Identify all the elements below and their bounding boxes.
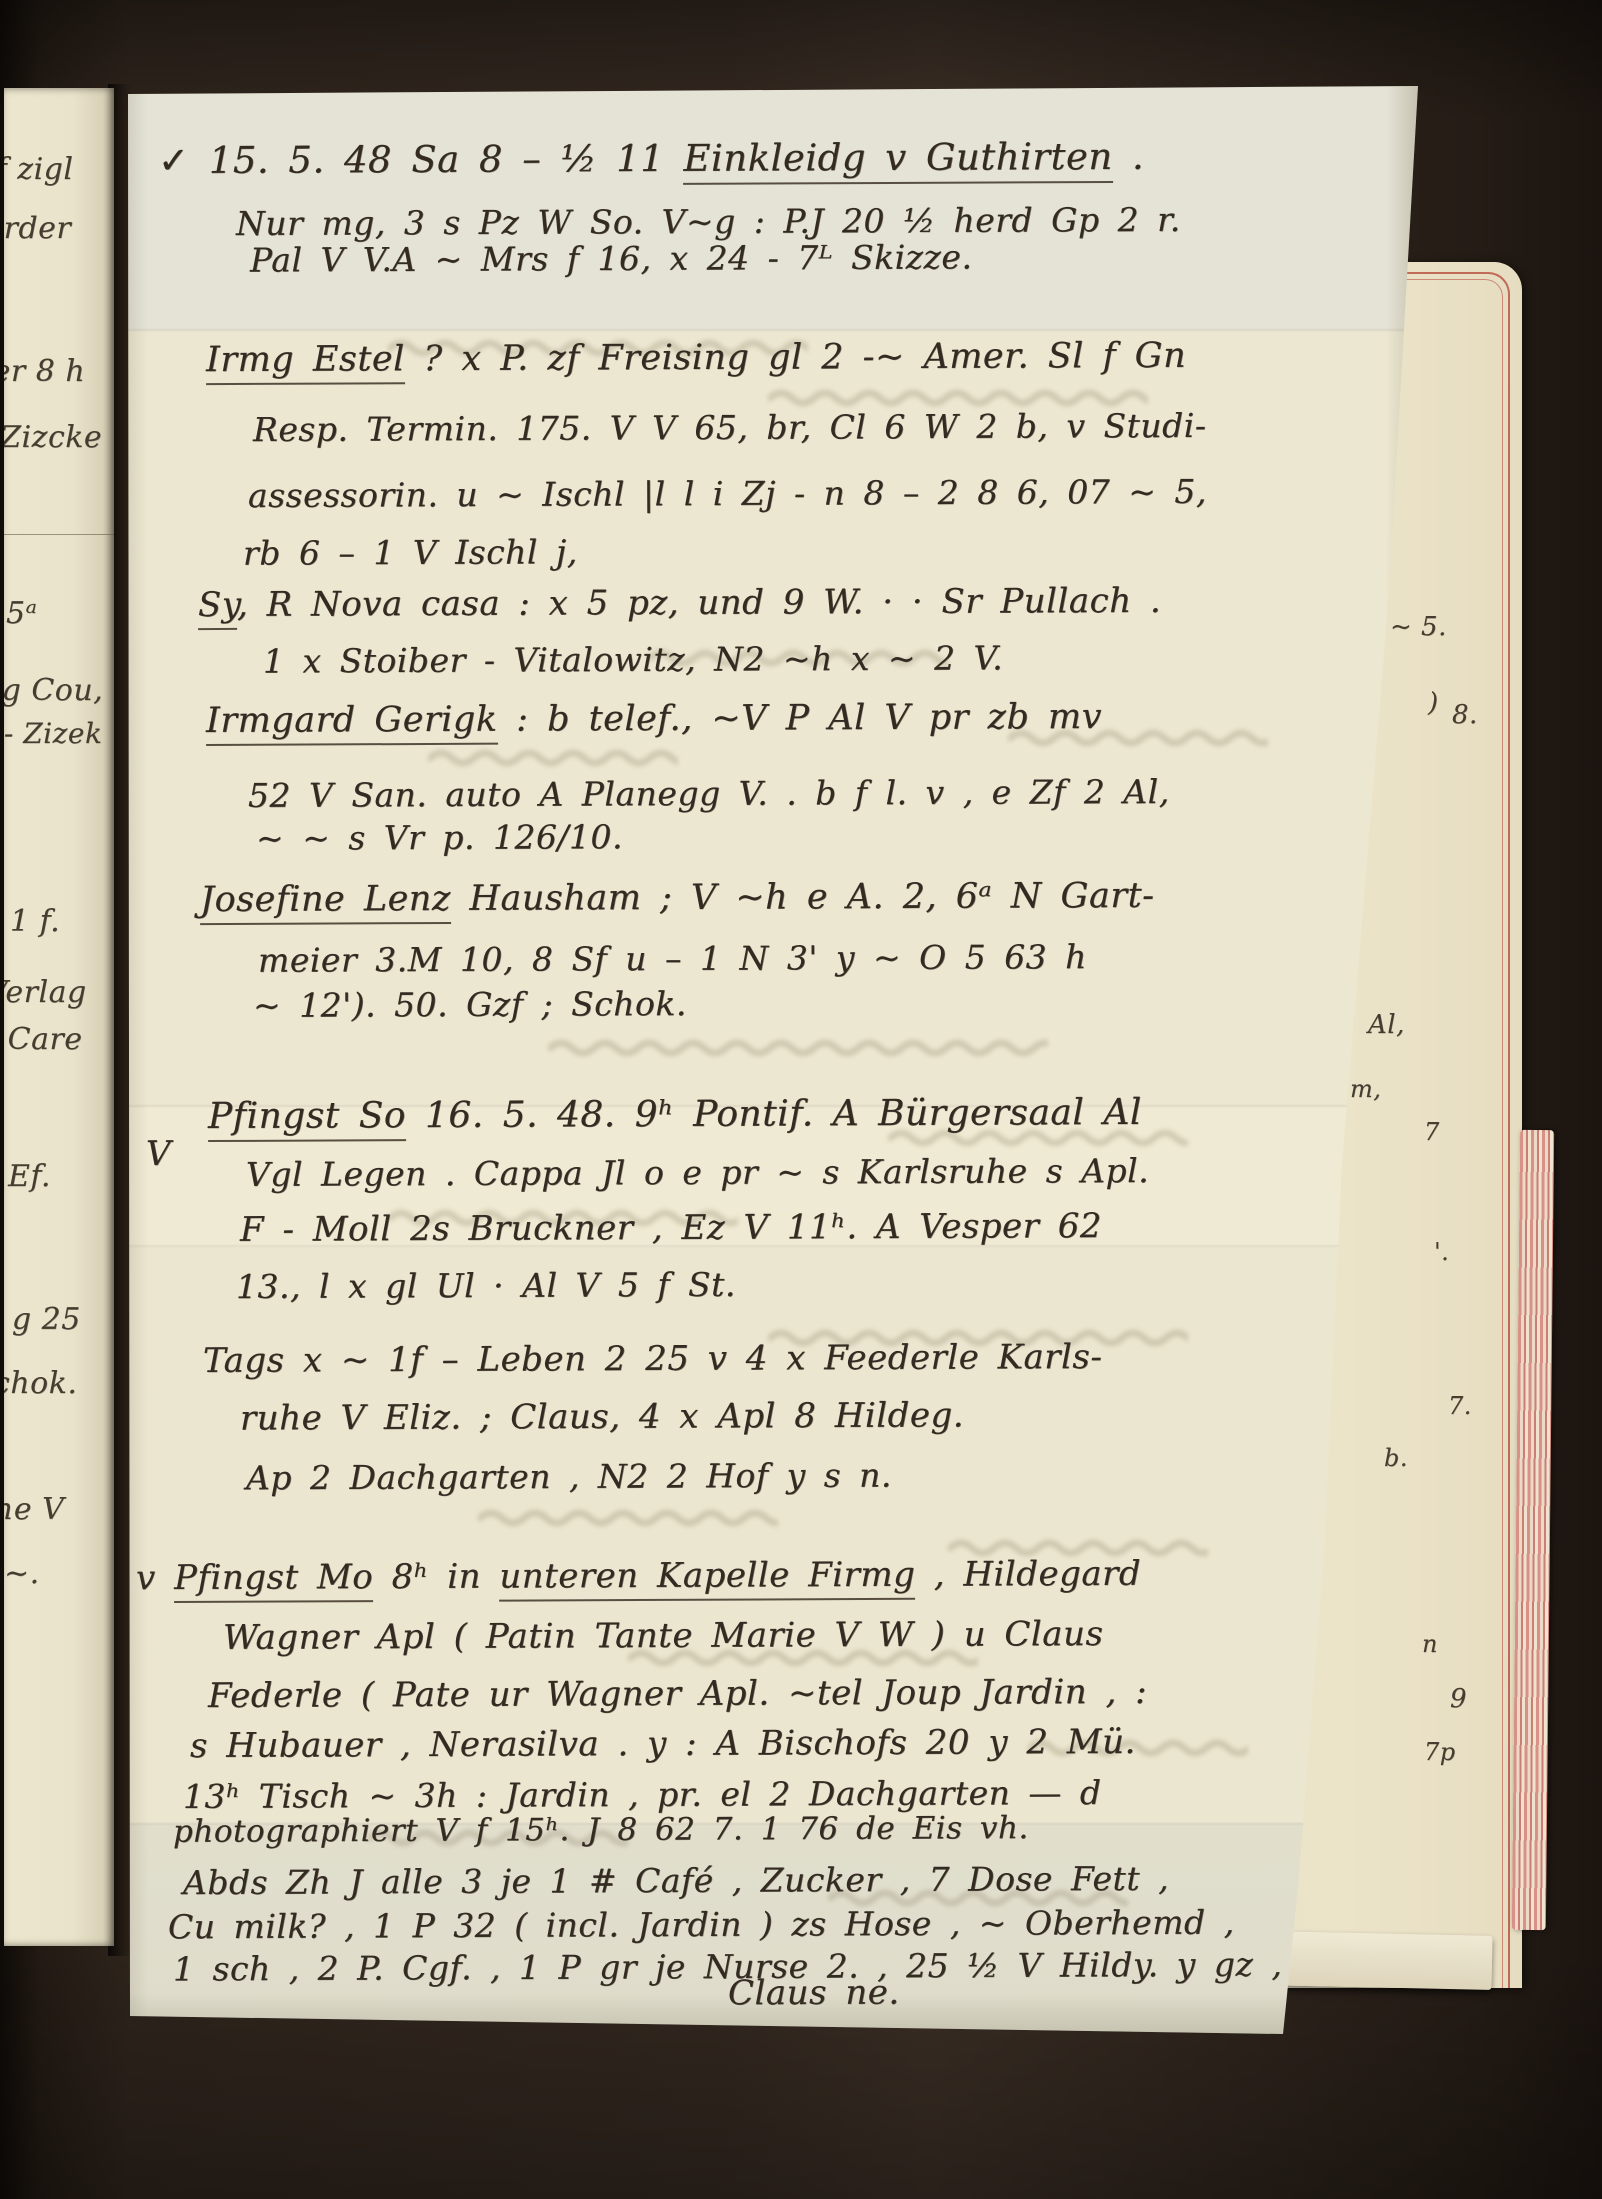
handwriting-segment: ? x P. zf Freising gl 2 -~ Amer. Sl f Gn — [405, 336, 1187, 379]
handwritten-line: assessorin. u ~ Ischl |l l i Zj - n 8 – … — [248, 473, 1207, 515]
under-page-fragment: 7. — [1448, 1392, 1472, 1420]
diary-sheet: ✓ 15. 5. 48 Sa 8 – ½ 11 Einkleidg v Guth… — [128, 86, 1420, 2038]
left-strip-fragment: 2 Care — [4, 1022, 83, 1057]
entry-1948-05-17-pfingstmontag: v Pfingst Mo 8ʰ in unteren Kapelle Firmg… — [136, 1555, 1141, 1598]
handwriting-segment: Claus ne. — [728, 1973, 900, 2014]
handwriting-segment: Abds Zh J alle 3 je 1 # Café , Zucker , … — [183, 1859, 1169, 1902]
underlined-handwriting-segment: Irmgard Gerigk — [206, 700, 498, 746]
handwriting-segment: Tags x ~ 1f – Leben 2 25 v 4 x Feederle … — [203, 1337, 1102, 1381]
handwritten-line: photographiert V f 15ʰ. J 8 62 7. 1 76 d… — [173, 1811, 1029, 1850]
under-page-fragment: 8. — [1452, 700, 1478, 730]
photograph-of-open-diary: 88~ 5.)8.Al,m,7'.7.b.n97p 2 f zigl~rderk… — [0, 0, 1602, 2199]
left-strip-fragment: s g 25 — [4, 1302, 81, 1337]
left-strip-fragment: A Zizcke — [4, 420, 102, 455]
handwritten-line: Claus ne. — [728, 1974, 900, 2014]
handwritten-line: 13., l x gl Ul · Al V 5 f St. — [236, 1266, 736, 1306]
handwriting-segment: : b telef., ~V P Al V pr zb mv — [497, 697, 1102, 740]
handwriting-segment: ruhe V Eliz. ; Claus, 4 x Apl 8 Hildeg. — [240, 1395, 964, 1438]
under-page-fragment: ~ 5. — [1390, 612, 1447, 642]
handwriting-segment: ~ 12'). 50. Gzf ; Schok. — [253, 984, 687, 1025]
handwriting-segment: Nur mg, 3 s Pz W So. V~g : P.J 20 ½ herd… — [236, 200, 1181, 243]
under-page-fragment: m, — [1350, 1075, 1381, 1103]
handwritten-line: rb 6 – 1 V Ischl j, — [243, 533, 578, 572]
handwritten-line: 52 V San. auto A Planegg V. . b f l. v ,… — [248, 773, 1170, 815]
handwriting-segment: Resp. Termin. 175. V V 65, br, Cl 6 W 2 … — [253, 406, 1207, 449]
bleed-through-ghost — [548, 1036, 1048, 1060]
handwriting-segment: Ap 2 Dachgarten , N2 2 Hof y s n. — [246, 1456, 892, 1498]
handwriting-segment: Cu milk? , 1 P 32 ( incl. Jardin ) zs Ho… — [168, 1903, 1235, 1947]
entry-irmg-estel: Irmg Estel ? x P. zf Freising gl 2 -~ Am… — [206, 336, 1186, 381]
handwriting-segment: Federle ( Pate ur Wagner Apl. ~tel Joup … — [208, 1672, 1147, 1716]
handwriting-segment: 13., l x gl Ul · Al V 5 f St. — [236, 1265, 736, 1306]
left-strip-fragment: 5ᵃ — [6, 596, 37, 631]
handwritten-line: Resp. Termin. 175. V V 65, br, Cl 6 W 2 … — [253, 407, 1207, 449]
handwriting-segment: Vgl Legen . Cappa Jl o e pr ~ s Karlsruh… — [246, 1151, 1149, 1194]
handwriting-segment: F - Moll 2s Bruckner , Ez V 11ʰ. A Vespe… — [240, 1206, 1102, 1250]
handwriting-segment: V — [146, 1134, 171, 1174]
under-page-fragment: b. — [1384, 1444, 1408, 1472]
left-strip-fragment: 2 f zigl — [4, 152, 73, 187]
handwriting-segment: ✓ 15. 5. 48 Sa 8 – ½ 11 — [158, 137, 684, 182]
handwriting-segment: ~ ~ s Vr p. 126/10. — [256, 817, 623, 858]
left-strip-fragment: he V — [4, 1492, 64, 1527]
under-page-fragment: '. — [1434, 1238, 1449, 1266]
underlined-handwriting-segment: Pfingst Mo — [174, 1557, 373, 1603]
underlined-handwriting-segment: Pfingst So — [208, 1095, 406, 1142]
handwriting-segment: 8ʰ in — [373, 1557, 499, 1598]
left-page-strip: 2 f zigl~rderker 8 hA Zizcke5ᵃ7g Cou,w -… — [4, 88, 114, 1946]
left-strip-fragment: Schok. — [4, 1366, 77, 1401]
handwritten-line: ~ ~ s Vr p. 126/10. — [256, 818, 623, 858]
stacked-page-edges — [1512, 1130, 1554, 1930]
margin-checkmark: V — [146, 1135, 171, 1174]
handwritten-line: Federle ( Pate ur Wagner Apl. ~tel Joup … — [208, 1673, 1147, 1716]
bleed-through-ghost — [478, 1506, 778, 1530]
handwriting-segment: , R Nova casa : x 5 pz, und 9 W. · · Sr … — [237, 581, 1161, 625]
left-strip-fragment: Verlag — [4, 975, 87, 1010]
handwritten-line: ~ 12'). 50. Gzf ; Schok. — [253, 985, 687, 1025]
handwriting-segment: Pal V V.A ~ Mrs f 16, x 24 - 7ᴸ Skizze. — [250, 237, 973, 279]
handwritten-line: Pal V V.A ~ Mrs f 16, x 24 - 7ᴸ Skizze. — [250, 238, 973, 279]
handwriting-segment: 16. 5. 48. 9ʰ Pontif. A Bürgersaal Al — [406, 1092, 1142, 1136]
under-page-fragment: 7p — [1424, 1738, 1456, 1766]
left-strip-fragment: 1 f. — [10, 904, 60, 939]
handwritten-line: F - Moll 2s Bruckner , Ez V 11ʰ. A Vespe… — [240, 1207, 1102, 1250]
under-page-fragment: 7 — [1424, 1118, 1440, 1146]
handwritten-line: Ap 2 Dachgarten , N2 2 Hof y s n. — [246, 1457, 892, 1498]
bleed-through-ghost — [428, 746, 678, 770]
handwritten-line: ruhe V Eliz. ; Claus, 4 x Apl 8 Hildeg. — [240, 1396, 964, 1438]
left-strip-fragment: ~. — [4, 1556, 40, 1591]
handwriting-segment: Hausham ; V ~h e A. 2, 6ᵃ N Gart- — [451, 876, 1155, 919]
left-strip-fragment: ~rder — [4, 211, 71, 246]
entry-josefine-lenz: Josefine Lenz Hausham ; V ~h e A. 2, 6ᵃ … — [200, 876, 1155, 920]
underlined-handwriting-segment: Sy — [198, 585, 237, 630]
left-strip-fragment: 7g Cou, — [4, 673, 103, 708]
entry-irmgard-gerigk: Irmgard Gerigk : b telef., ~V P Al V pr … — [206, 697, 1102, 741]
handwriting-segment: rb 6 – 1 V Ischl j, — [243, 532, 578, 572]
handwritten-line: Vgl Legen . Cappa Jl o e pr ~ s Karlsruh… — [246, 1152, 1149, 1194]
handwritten-line: meier 3.M 10, 8 Sf u – 1 N 3' y ~ O 5 63… — [258, 938, 1087, 980]
under-page-fragment: 9 — [1450, 1684, 1467, 1714]
handwritten-line: Cu milk? , 1 P 32 ( incl. Jardin ) zs Ho… — [168, 1904, 1235, 1947]
entry-divider-line — [4, 534, 114, 535]
entry-tags: Tags x ~ 1f – Leben 2 25 v 4 x Feederle … — [203, 1338, 1102, 1381]
left-strip-fragment: Ef. — [8, 1159, 51, 1194]
under-page-fragment: Al, — [1368, 1010, 1405, 1040]
under-page-fragment: ) — [1428, 688, 1439, 718]
handwritten-line: Wagner Apl ( Patin Tante Marie V W ) u C… — [223, 1615, 1104, 1658]
handwriting-segment: assessorin. u ~ Ischl |l l i Zj - n 8 – … — [248, 472, 1207, 515]
left-strip-fragment: ker 8 h — [4, 354, 85, 389]
handwriting-segment: . — [1113, 135, 1145, 178]
handwriting-segment: photographiert V f 15ʰ. J 8 62 7. 1 76 d… — [173, 1810, 1029, 1850]
entry-1948-05-16-pfingstsonntag: Pfingst So 16. 5. 48. 9ʰ Pontif. A Bürge… — [208, 1092, 1142, 1137]
handwriting-segment: , Hildegard — [915, 1554, 1141, 1595]
underlined-handwriting-segment: Josefine Lenz — [200, 879, 451, 925]
handwritten-line: Nur mg, 3 s Pz W So. V~g : P.J 20 ½ herd… — [236, 201, 1181, 243]
entry-1948-05-15-date-line: ✓ 15. 5. 48 Sa 8 – ½ 11 Einkleidg v Guth… — [158, 136, 1144, 183]
underlined-handwriting-segment: Einkleidg v Guthirten — [683, 135, 1112, 185]
left-strip-fragment: w - Zizek — [4, 717, 102, 750]
handwritten-line: 1 x Stoiber - Vitalowitz, N2 ~h x ~ 2 V. — [263, 639, 1003, 680]
entry-nova-casa: Sy, R Nova casa : x 5 pz, und 9 W. · · S… — [198, 582, 1161, 625]
handwriting-segment: Wagner Apl ( Patin Tante Marie V W ) u C… — [223, 1614, 1104, 1658]
handwriting-segment: 52 V San. auto A Planegg V. . b f l. v ,… — [248, 772, 1170, 815]
handwriting-segment: s Hubauer , Nerasilva . y : A Bischofs 2… — [190, 1722, 1136, 1766]
handwriting-segment: v — [136, 1558, 174, 1598]
under-page-fragment: n — [1422, 1630, 1438, 1658]
handwriting-segment: meier 3.M 10, 8 Sf u – 1 N 3' y ~ O 5 63… — [258, 937, 1087, 980]
handwritten-line: s Hubauer , Nerasilva . y : A Bischofs 2… — [190, 1723, 1136, 1766]
underlined-handwriting-segment: unteren Kapelle Firmg — [499, 1555, 915, 1602]
handwriting-segment: 1 x Stoiber - Vitalowitz, N2 ~h x ~ 2 V. — [263, 638, 1003, 680]
underlined-handwriting-segment: Irmg Estel — [206, 339, 405, 385]
handwritten-line: Abds Zh J alle 3 je 1 # Café , Zucker , … — [183, 1860, 1169, 1902]
